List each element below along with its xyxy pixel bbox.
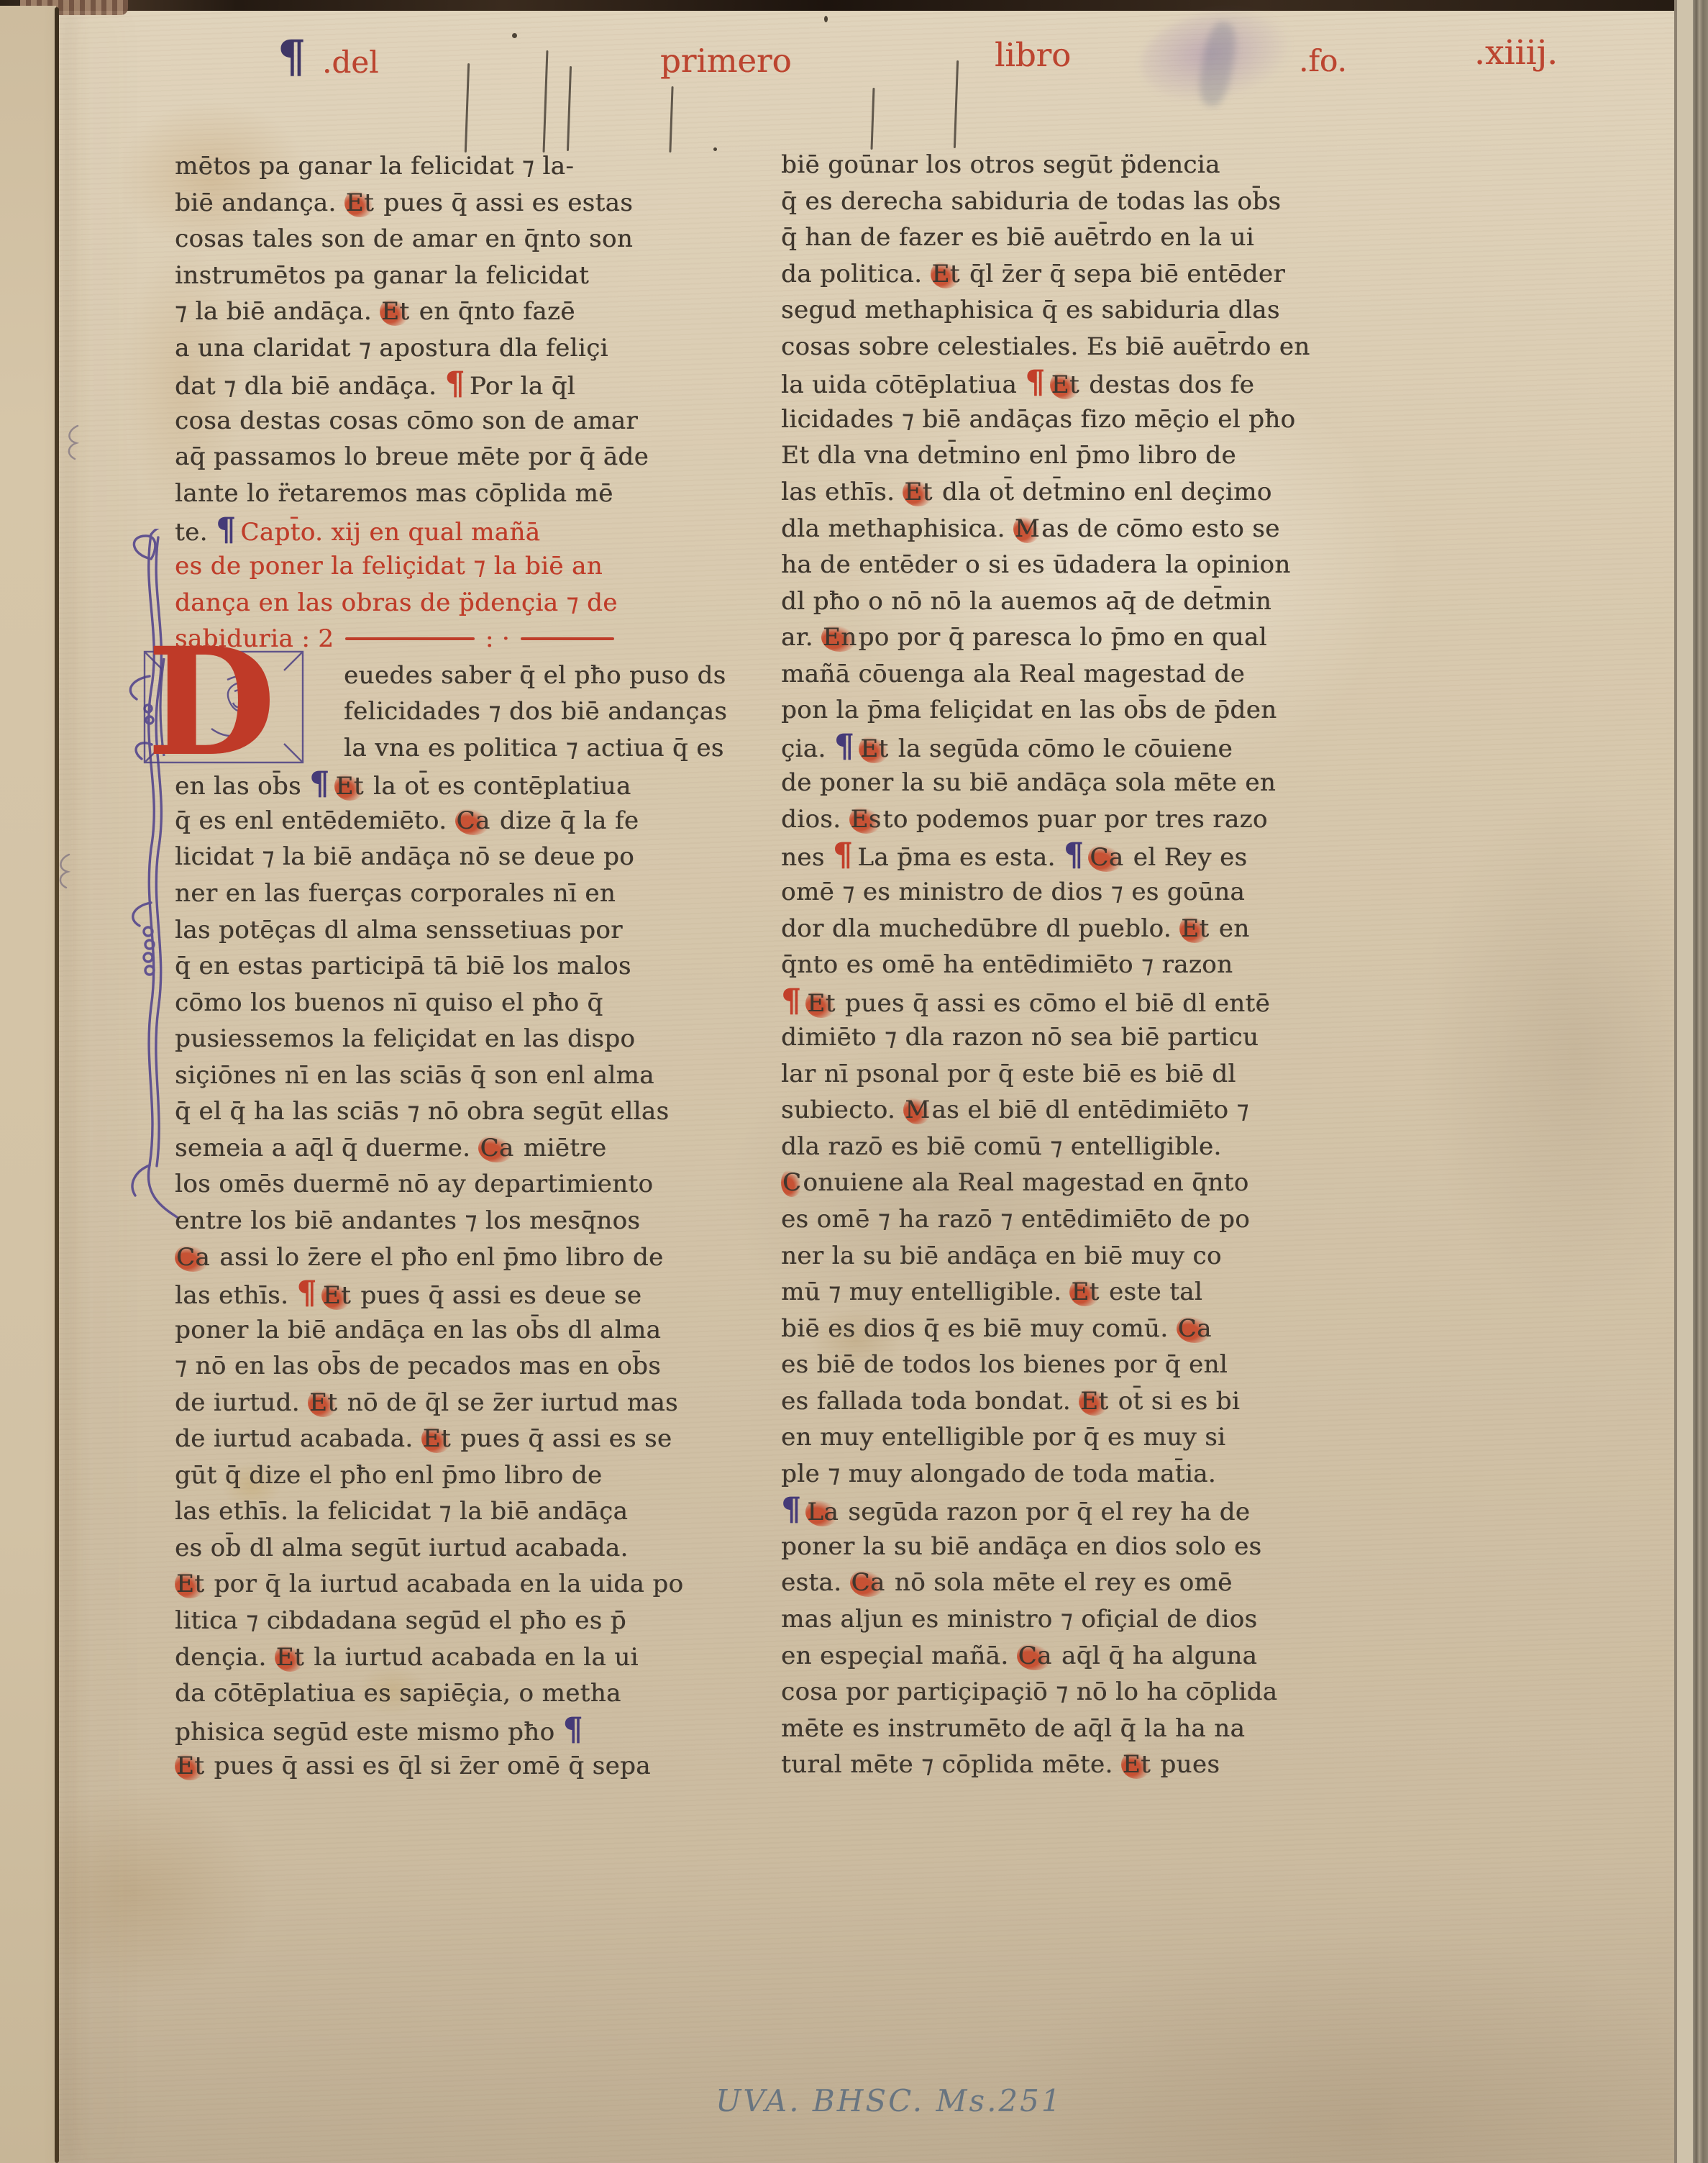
text-segment: en muy entelligible por q̄ es muy si <box>781 1423 1225 1452</box>
text-segment: da cōtēplatiua es sapiēçia, o metha <box>175 1679 621 1708</box>
text-segment: q̄ es enl entēdemiēto. <box>175 806 455 835</box>
text-segment: q̄ es derecha sabiduria de todas las ob̄… <box>781 187 1281 216</box>
paragraph-mark: ¶ <box>216 511 240 548</box>
book-top-edge <box>0 0 1708 11</box>
text-segment: M <box>1013 514 1041 543</box>
text-segment: Ca <box>1088 843 1125 872</box>
text-segment: nō sola mēte el rey es omē <box>887 1568 1233 1597</box>
text-segment: euedes saber q̄ el pħo puso ds <box>344 661 726 690</box>
folio-number: .xiiij. <box>1474 33 1558 73</box>
text-segment: de iurtud. <box>175 1388 308 1417</box>
text-line: las ethīs. Et dla ot̄ det̄mino enl deçim… <box>781 475 1272 509</box>
text-segment: ⁊ nō en las ob̄s de pecados mas en ob̄s <box>175 1352 661 1380</box>
text-line: licidades ⁊ biē andāças fizo mēçio el pħ… <box>781 403 1295 436</box>
text-line: phisica segūd este mismo pħo ¶ <box>175 1713 588 1747</box>
text-segment: Et <box>805 989 836 1018</box>
text-segment: la segūda cōmo le cōuiene <box>890 734 1233 763</box>
text-line: biē goūnar los otros segūt p̈dencia <box>781 148 1220 181</box>
paragraph-mark: ¶ <box>1025 364 1049 401</box>
text-segment: Ca <box>175 1243 211 1272</box>
text-line: a una claridat ⁊ apostura dla feliçi <box>175 332 608 365</box>
text-segment: entre los biē andantes ⁊ los mesq̄nos <box>175 1206 640 1235</box>
text-segment: nes <box>781 843 833 872</box>
ink-speck <box>824 16 828 22</box>
text-line: dla methaphisica. Mas de cōmo esto se <box>781 512 1280 545</box>
gutter-line <box>55 7 59 2163</box>
paragraph-mark: ¶ <box>296 1275 321 1311</box>
text-segment: en q̄nto fazē <box>411 297 575 326</box>
text-segment: çia. <box>781 734 834 763</box>
text-line: poner la biē andāça en las ob̄s dl alma <box>175 1313 661 1347</box>
text-segment: dor dla muchedūbre dl pueblo. <box>781 914 1179 943</box>
text-line: en las ob̄s ¶Et la ot̄ es contēplatiua <box>175 768 631 801</box>
text-line: cosas sobre celestiales. Es biē auēt̄rdo… <box>781 330 1310 363</box>
text-segment: Et <box>321 1281 352 1310</box>
text-segment: Et <box>1050 370 1081 399</box>
text-segment: en las ob̄s <box>175 772 309 801</box>
paragraph-mark: ¶ <box>1064 837 1088 873</box>
text-line: las potēças dl alma senssetiuas por <box>175 914 623 947</box>
text-line: ner en las fuerças corporales nī en <box>175 877 616 910</box>
text-segment: ner la su biē andāça en biē muy co <box>781 1242 1222 1270</box>
text-line: felicidades ⁊ dos biē andanças <box>344 695 727 728</box>
text-segment: es fallada toda bondat. <box>781 1387 1079 1416</box>
text-segment: pues <box>1152 1750 1220 1779</box>
text-line: poner la su biē andāça en dios solo es <box>781 1530 1261 1563</box>
red-line-filler <box>345 637 475 640</box>
text-segment: de iurtud acabada. <box>175 1424 421 1453</box>
text-segment: las ethīs. <box>175 1281 296 1310</box>
text-segment: en espeçial mañā. <box>781 1641 1017 1670</box>
text-segment: Et <box>859 734 890 763</box>
text-line: dat ⁊ dla biē andāça. ¶Por la q̄l <box>175 368 575 401</box>
paragraph-mark: ¶ <box>444 365 469 402</box>
facing-page-edge <box>0 6 56 2163</box>
text-segment: Et <box>931 260 962 288</box>
paragraph-mark: ¶ <box>781 1491 805 1528</box>
text-segment: este tal <box>1101 1278 1202 1306</box>
text-segment: Por la q̄l <box>470 372 575 401</box>
text-line: ha de entēder o si es ūdadera la opinion <box>781 548 1291 581</box>
text-segment: la iurtud acabada en la ui <box>306 1643 639 1672</box>
text-line: Et por q̄ la iurtud acabada en la uida p… <box>175 1567 683 1600</box>
text-segment: las ethīs. la felicidat ⁊ la biē andāça <box>175 1497 628 1526</box>
text-segment: mañā cōuenga ala Real magestad de <box>781 660 1245 688</box>
text-segment: Et <box>1121 1750 1152 1779</box>
text-line: gūt q̄ dize el pħo enl p̄mo libro de <box>175 1459 602 1492</box>
text-segment: litica ⁊ cibdadana segūd el pħo es p̄ <box>175 1606 626 1635</box>
text-line: mū ⁊ muy entelligible. Et este tal <box>781 1275 1202 1308</box>
text-segment: la ot̄ es contēplatiua <box>365 772 631 801</box>
red-line-filler <box>521 637 614 640</box>
text-line: en espeçial mañā. Ca aq̄l q̄ ha alguna <box>781 1639 1257 1672</box>
text-segment: dla methaphisica. <box>781 514 1013 543</box>
text-line: Conuiene ala Real magestad en q̄nto <box>781 1166 1249 1199</box>
text-line: ⁊ la biē andāça. Et en q̄nto fazē <box>175 295 575 328</box>
text-segment: dat ⁊ dla biē andāça. <box>175 372 444 401</box>
text-segment: pues q̄ assi es estas <box>375 188 633 217</box>
text-segment: pues q̄ assi es q̄l si z̄er omē q̄ sepa <box>206 1752 651 1780</box>
text-line: biē es dios q̄ es biē muy comū. Ca <box>781 1312 1213 1345</box>
text-segment: Ca <box>455 806 492 835</box>
text-line: litica ⁊ cibdadana segūd el pħo es p̄ <box>175 1604 626 1637</box>
text-segment: onuiene ala Real magestad en q̄nto <box>803 1168 1248 1197</box>
text-line: semeia a aq̄l q̄ duerme. Ca miētre <box>175 1131 606 1165</box>
text-line: de iurtud. Et nō de q̄l se z̄er iurtud m… <box>175 1386 678 1419</box>
text-segment: esta. <box>781 1568 850 1597</box>
text-segment: licidat ⁊ la biē andāça nō se deue po <box>175 842 634 871</box>
text-line: mas aljun es ministro ⁊ ofiçial de dios <box>781 1603 1257 1636</box>
text-segment: dla razō es biē comū ⁊ entelligible. <box>781 1132 1222 1161</box>
text-line: esta. Ca nō sola mēte el rey es omē <box>781 1566 1233 1599</box>
running-title-libro: libro <box>995 36 1071 74</box>
text-segment: destas dos fe <box>1081 370 1254 399</box>
text-line: ple ⁊ muy alongado de toda mat̄ia. <box>781 1457 1216 1490</box>
text-segment: aq̄ passamos lo breue mēte por q̄ āde <box>175 442 649 471</box>
text-line: ¶Et pues q̄ assi es cōmo el biē dl entē <box>781 985 1270 1018</box>
text-segment: la vna es politica ⁊ actiua q̄ es <box>344 734 724 762</box>
text-line: pusiessemos la feliçidat en las dispo <box>175 1022 635 1055</box>
text-segment: semeia a aq̄l q̄ duerme. <box>175 1134 478 1162</box>
text-segment: q̄ el q̄ ha las sciās ⁊ nō obra segūt el… <box>175 1097 669 1126</box>
text-line: ner la su biē andāça en biē muy co <box>781 1239 1222 1272</box>
text-segment: los omēs duermē nō ay departimiento <box>175 1170 653 1198</box>
text-segment: pon la p̄ma feliçidat en las ob̄s de p̄d… <box>781 696 1277 724</box>
header-pilcrow-icon: ¶ <box>278 30 306 83</box>
running-title-primero: primero <box>660 42 792 80</box>
text-segment: q̄ han de fazer es biē auēt̄rdo en la ui <box>781 223 1254 252</box>
text-segment: q̄nto es omē ha entēdimiēto ⁊ razon <box>781 950 1233 979</box>
text-line: ar. Enpo por q̄ paresca lo p̄mo en qual <box>781 621 1267 654</box>
text-segment: assi lo z̄ere el pħo enl p̄mo libro de <box>211 1243 663 1272</box>
text-segment: mū ⁊ muy entelligible. <box>781 1278 1069 1306</box>
text-segment: tural mēte ⁊ cōplida mēte. <box>781 1750 1121 1779</box>
text-segment: poner la biē andāça en las ob̄s dl alma <box>175 1316 661 1344</box>
text-line: cōmo los buenos nī quiso el pħo q̄ <box>175 986 603 1019</box>
text-line: lante lo r̈etaremos mas cōplida mē <box>175 477 613 510</box>
text-segment: instrumētos pa ganar la felicidat <box>175 261 589 290</box>
text-segment: es omē ⁊ ha razō ⁊ entēdimiēto de po <box>781 1205 1250 1234</box>
text-line: q̄nto es omē ha entēdimiēto ⁊ razon <box>781 948 1233 981</box>
text-line: mētos pa ganar la felicidat ⁊ la- <box>175 150 574 183</box>
text-segment: Et <box>1079 1387 1110 1416</box>
text-line: ¶La segūda razon por q̄ el rey ha de <box>781 1493 1250 1526</box>
text-segment: por q̄ la iurtud acabada en la uida po <box>206 1570 683 1598</box>
text-segment: cosa destas cosas cōmo son de amar <box>175 406 638 435</box>
ink-speck <box>512 33 517 38</box>
text-segment: cosas sobre celestiales. Es biē auēt̄rdo… <box>781 332 1310 361</box>
text-line: euedes saber q̄ el pħo puso ds <box>344 659 726 692</box>
text-segment: lante lo r̈etaremos mas cōplida mē <box>175 479 613 508</box>
text-line: lar nī psonal por q̄ este biē es biē dl <box>781 1057 1236 1090</box>
text-segment: to podemos puar por tres razo <box>883 805 1268 834</box>
text-line: te. ¶Capt̄o. xij en qual mañā <box>175 514 540 547</box>
text-line: dla razō es biē comū ⁊ entelligible. <box>781 1130 1222 1163</box>
text-segment: Et <box>344 188 375 217</box>
text-segment: dize q̄ la fe <box>492 806 639 835</box>
text-line: dor dla muchedūbre dl pueblo. Et en <box>781 912 1250 945</box>
text-segment: gūt q̄ dize el pħo enl p̄mo libro de <box>175 1461 602 1490</box>
text-line: q̄ en estas participā tā biē los malos <box>175 950 631 983</box>
text-segment: Et <box>380 297 411 326</box>
text-segment: segud methaphisica q̄ es sabiduria dlas <box>781 296 1280 324</box>
folio-label: .fo. <box>1299 43 1347 78</box>
text-segment: biē goūnar los otros segūt p̈dencia <box>781 150 1220 179</box>
text-line: Et dla vna det̄mino enl p̄mo libro de <box>781 439 1236 472</box>
paragraph-mark: ¶ <box>833 837 857 873</box>
text-segment: ot̄ si es bi <box>1110 1387 1240 1416</box>
text-segment: poner la su biē andāça en dios solo es <box>781 1532 1261 1561</box>
text-segment: dios. <box>781 805 849 834</box>
right-text-column: biē goūnar los otros segūt p̈denciaq̄ es… <box>781 148 1378 1795</box>
text-line: Et pues q̄ assi es q̄l si z̄er omē q̄ se… <box>175 1749 651 1782</box>
text-segment: nō de q̄l se z̄er iurtud mas <box>339 1388 678 1417</box>
text-segment: cosa por partiçipaçiō ⁊ nō lo ha cōplida <box>781 1677 1277 1706</box>
text-segment: dla ot̄ det̄mino enl deçimo <box>934 478 1272 506</box>
text-segment: sabiduria : 2 <box>175 624 342 653</box>
text-line: las ethīs. la felicidat ⁊ la biē andāça <box>175 1495 628 1528</box>
text-line: es de poner la feliçidat ⁊ la biē an <box>175 550 603 583</box>
text-segment: as el biē dl entēdimiēto ⁊ <box>932 1096 1249 1124</box>
text-line: de iurtud acabada. Et pues q̄ assi es se <box>175 1422 672 1455</box>
text-segment: Et <box>308 1388 339 1417</box>
text-line: la uida cōtēplatiua ¶Et destas dos fe <box>781 366 1254 399</box>
text-segment: es biē de todos los bienes por q̄ enl <box>781 1350 1228 1379</box>
text-segment: mētos pa ganar la felicidat ⁊ la- <box>175 152 574 181</box>
text-segment: dimiēto ⁊ dla razon nō sea biē particu <box>781 1023 1259 1052</box>
text-segment: cosas tales son de amar en q̄nto son <box>175 224 633 253</box>
text-segment: pues q̄ assi es deue se <box>352 1281 641 1310</box>
text-segment: phisica segūd este mismo pħo <box>175 1718 563 1747</box>
fore-edge-strip <box>1677 0 1693 2163</box>
text-line: de poner la su biē andāça sola mēte en <box>781 766 1276 799</box>
text-line: licidat ⁊ la biē andāça nō se deue po <box>175 840 634 873</box>
text-segment: ha de entēder o si es ūdadera la opinion <box>781 550 1291 579</box>
text-segment: Et <box>175 1752 206 1780</box>
text-segment: a una claridat ⁊ apostura dla feliçi <box>175 334 608 363</box>
text-segment: Ca <box>1017 1641 1054 1670</box>
text-segment: aq̄l q̄ ha alguna <box>1054 1641 1257 1670</box>
text-line: subiecto. Mas el biē dl entēdimiēto ⁊ <box>781 1093 1249 1126</box>
text-segment: miētre <box>516 1134 607 1162</box>
running-title-del: .del <box>322 45 379 80</box>
text-segment: ple ⁊ muy alongado de toda mat̄ia. <box>781 1460 1216 1488</box>
text-segment: te. <box>175 518 216 547</box>
text-segment: pusiessemos la feliçidat en las dispo <box>175 1024 635 1053</box>
text-line: pon la p̄ma feliçidat en las ob̄s de p̄d… <box>781 693 1277 727</box>
text-line: aq̄ passamos lo breue mēte por q̄ āde <box>175 440 649 473</box>
text-line: omē ⁊ es ministro de dios ⁊ es goūna <box>781 875 1245 909</box>
text-line: en muy entelligible por q̄ es muy si <box>781 1421 1225 1454</box>
text-segment: dança en las obras de p̈dençia ⁊ de <box>175 588 618 617</box>
text-segment: Et <box>1179 914 1210 943</box>
text-line: segud methaphisica q̄ es sabiduria dlas <box>781 293 1280 327</box>
text-line: es fallada toda bondat. Et ot̄ si es bi <box>781 1385 1240 1418</box>
text-segment: dl pħo o nō nō la auemos aq̄ de det̄min <box>781 587 1271 616</box>
text-line: dl pħo o nō nō la auemos aq̄ de det̄min <box>781 585 1271 618</box>
text-segment: mēte es instrumēto de aq̄l q̄ la ha na <box>781 1714 1245 1743</box>
text-line: cosa destas cosas cōmo son de amar <box>175 404 638 437</box>
text-segment: felicidades ⁊ dos biē andanças <box>344 697 727 726</box>
text-line: siçiōnes nī en las sciās q̄ son enl alma <box>175 1059 654 1092</box>
text-line: dimiēto ⁊ dla razon nō sea biē particu <box>781 1021 1259 1054</box>
text-segment: C <box>781 1168 803 1197</box>
text-line: mañā cōuenga ala Real magestad de <box>781 657 1245 691</box>
text-segment: licidades ⁊ biē andāças fizo mēçio el pħ… <box>781 405 1295 434</box>
text-segment: Et dla vna det̄mino enl p̄mo libro de <box>781 441 1236 470</box>
text-line: la vna es politica ⁊ actiua q̄ es <box>344 732 724 765</box>
manuscript-page: ¶ .del primero libro .fo. .xiiij. <box>0 0 1708 2163</box>
text-segment: las potēças dl alma senssetiuas por <box>175 916 623 944</box>
text-segment: es de poner la feliçidat ⁊ la biē an <box>175 552 603 580</box>
text-segment: La p̄ma es esta. <box>857 843 1064 872</box>
text-line: es ob̄ dl alma segūt iurtud acabada. <box>175 1531 629 1565</box>
text-line: q̄ es enl entēdemiēto. Ca dize q̄ la fe <box>175 804 639 837</box>
text-segment: en <box>1210 914 1249 943</box>
text-line: q̄ han de fazer es biē auēt̄rdo en la ui <box>781 221 1254 254</box>
text-segment: Ca <box>1177 1314 1213 1343</box>
text-segment: lar nī psonal por q̄ este biē es biē dl <box>781 1060 1236 1088</box>
text-line: nes ¶La p̄ma es esta. ¶Ca el Rey es <box>781 839 1247 872</box>
text-segment: las ethīs. <box>781 478 903 506</box>
text-segment: ⁊ la biē andāça. <box>175 297 380 326</box>
paragraph-mark: ¶ <box>563 1711 588 1748</box>
text-line: los omēs duermē nō ay departimiento <box>175 1167 653 1201</box>
text-line: biē andança. Et pues q̄ assi es estas <box>175 186 633 219</box>
text-segment: pues q̄ assi es se <box>452 1424 672 1453</box>
text-segment: : · <box>478 624 519 653</box>
paragraph-mark: ¶ <box>834 728 859 765</box>
text-line: Ca assi lo z̄ere el pħo enl p̄mo libro d… <box>175 1241 664 1274</box>
text-segment: dençia. <box>175 1643 275 1672</box>
text-segment: omē ⁊ es ministro de dios ⁊ es goūna <box>781 878 1245 906</box>
text-line: tural mēte ⁊ cōplida mēte. Et pues <box>781 1748 1220 1781</box>
text-segment: Et <box>421 1424 452 1453</box>
text-line: dança en las obras de p̈dençia ⁊ de <box>175 586 618 619</box>
text-segment: es ob̄ dl alma segūt iurtud acabada. <box>175 1534 629 1562</box>
text-segment: Ca <box>478 1134 515 1162</box>
text-line: entre los biē andantes ⁊ los mesq̄nos <box>175 1204 640 1237</box>
text-segment: biē es dios q̄ es biē muy comū. <box>781 1314 1177 1343</box>
text-line: cosas tales son de amar en q̄nto son <box>175 222 633 255</box>
text-segment: En <box>821 623 859 652</box>
text-segment: da politica. <box>781 260 931 288</box>
text-segment: Et <box>275 1643 306 1672</box>
text-segment: q̄l z̄er q̄ sepa biē entēder <box>962 260 1285 288</box>
text-segment: Et <box>334 772 365 801</box>
text-line: çia. ¶Et la segūda cōmo le cōuiene <box>781 730 1233 763</box>
paragraph-mark: ¶ <box>309 765 334 802</box>
paragraph-mark: ¶ <box>781 983 805 1019</box>
text-segment: q̄ en estas participā tā biē los malos <box>175 952 631 980</box>
text-line: da cōtēplatiua es sapiēçia, o metha <box>175 1677 621 1710</box>
margin-marks <box>43 388 129 1036</box>
text-segment: ner en las fuerças corporales nī en <box>175 879 616 908</box>
text-segment: M <box>903 1096 931 1124</box>
text-segment: biē andança. <box>175 188 344 217</box>
text-segment: La <box>805 1498 840 1526</box>
text-segment: cōmo los buenos nī quiso el pħo q̄ <box>175 988 603 1017</box>
text-line: q̄ es derecha sabiduria de todas las ob̄… <box>781 185 1281 218</box>
text-segment: Et <box>175 1570 206 1598</box>
text-line: instrumētos pa ganar la felicidat <box>175 259 589 292</box>
text-line: es biē de todos los bienes por q̄ enl <box>781 1348 1228 1381</box>
text-line: sabiduria : 2 : · <box>175 622 617 655</box>
text-segment: de poner la su biē andāça sola mēte en <box>781 768 1276 797</box>
text-segment: pues q̄ assi es cōmo el biē dl entē <box>837 989 1270 1018</box>
text-line: es omē ⁊ ha razō ⁊ entēdimiēto de po <box>781 1203 1250 1236</box>
text-line: da politica. Et q̄l z̄er q̄ sepa biē ent… <box>781 258 1285 291</box>
text-segment: as de cōmo esto se <box>1041 514 1280 543</box>
text-line: cosa por partiçipaçiō ⁊ nō lo ha cōplida <box>781 1675 1277 1708</box>
text-segment: Et <box>1069 1278 1100 1306</box>
text-line: dençia. Et la iurtud acabada en la ui <box>175 1641 639 1674</box>
text-segment: segūda razon por q̄ el rey ha de <box>840 1498 1250 1526</box>
text-segment: po por q̄ paresca lo p̄mo en qual <box>859 623 1267 652</box>
text-segment: el Rey es <box>1125 843 1247 872</box>
page-stack-edge <box>1693 0 1708 2163</box>
text-segment: la uida cōtēplatiua <box>781 370 1025 399</box>
text-line: las ethīs. ¶Et pues q̄ assi es deue se <box>175 1277 641 1310</box>
text-line: q̄ el q̄ ha las sciās ⁊ nō obra segūt el… <box>175 1095 669 1128</box>
text-segment: mas aljun es ministro ⁊ ofiçial de dios <box>781 1605 1257 1634</box>
text-segment: siçiōnes nī en las sciās q̄ son enl alma <box>175 1061 654 1090</box>
text-line: mēte es instrumēto de aq̄l q̄ la ha na <box>781 1712 1245 1745</box>
text-segment: Capt̄o. xij en qual mañā <box>240 518 540 547</box>
text-segment: Et <box>903 478 933 506</box>
text-segment: Es <box>849 805 883 834</box>
left-text-column: mētos pa ganar la felicidat ⁊ la-biē and… <box>175 150 772 1797</box>
text-segment: subiecto. <box>781 1096 903 1124</box>
shelfmark-caption: UVA. BHSC. Ms.251 <box>716 2083 1063 2118</box>
text-line: ⁊ nō en las ob̄s de pecados mas en ob̄s <box>175 1349 661 1383</box>
text-segment: Ca <box>850 1568 887 1597</box>
text-line: dios. Esto podemos puar por tres razo <box>781 803 1268 836</box>
text-segment: ar. <box>781 623 821 652</box>
